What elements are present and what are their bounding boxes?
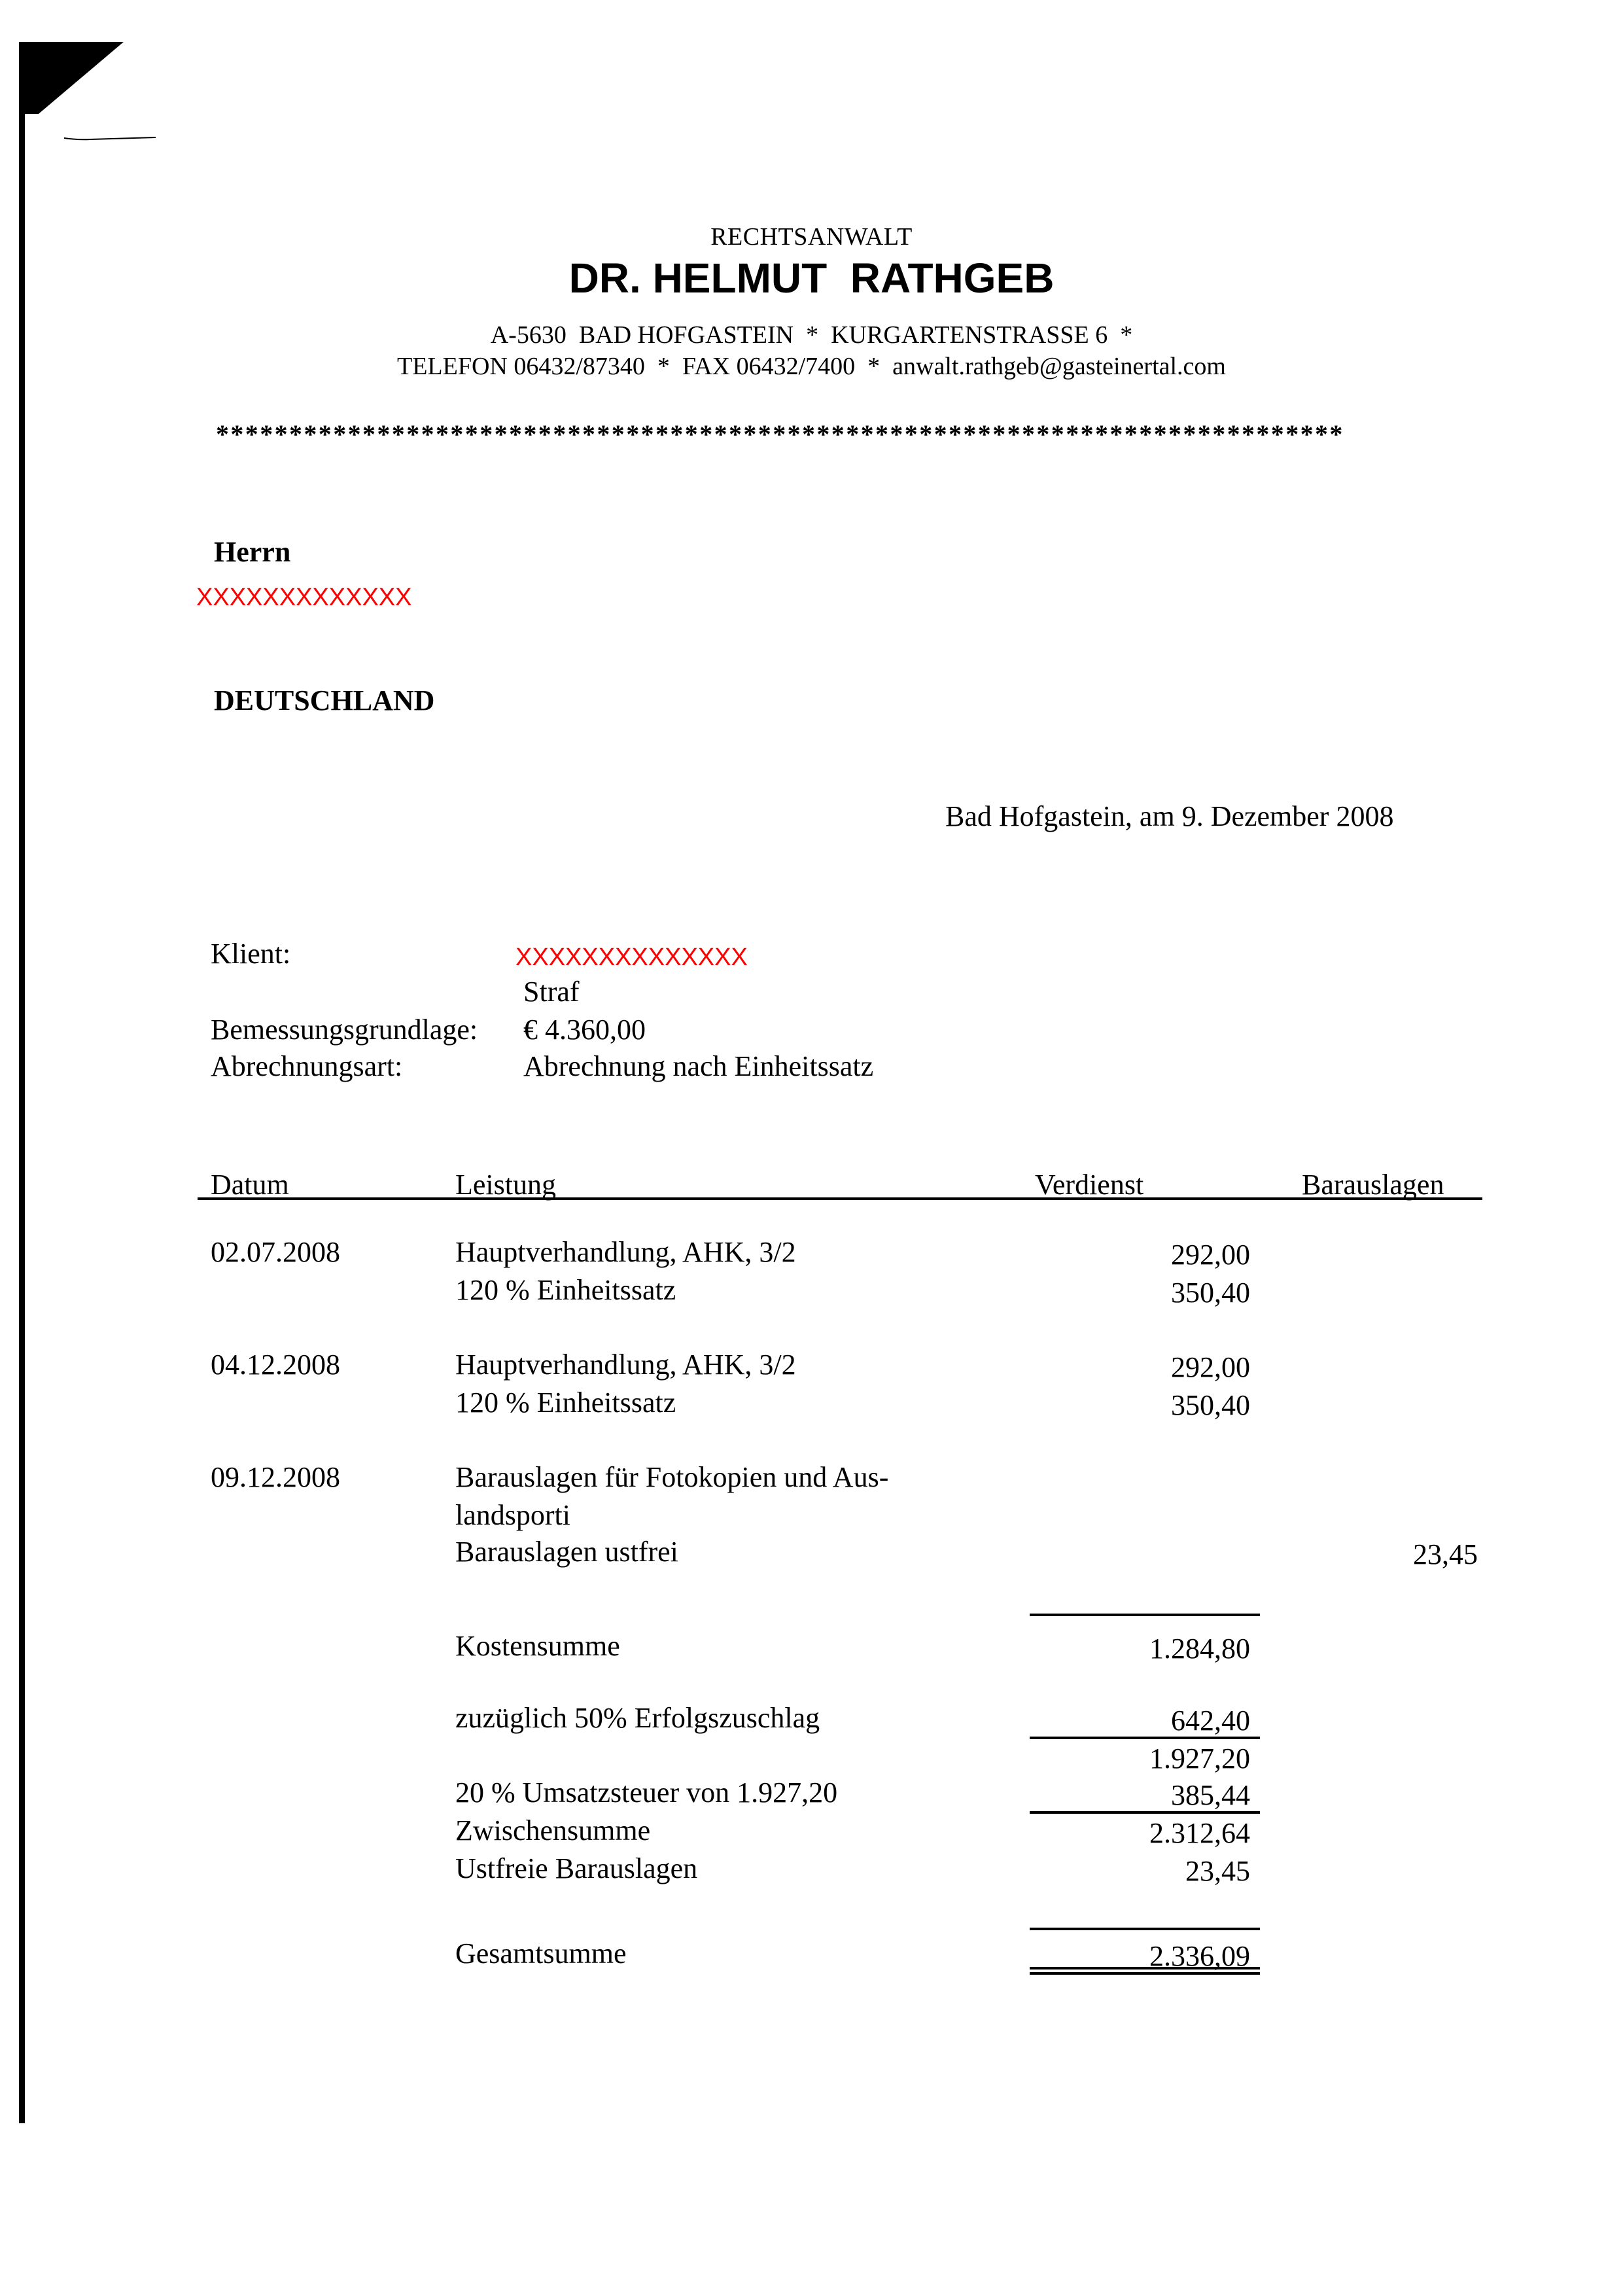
entry-date: 02.07.2008 <box>211 1235 340 1269</box>
column-header-expenses: Barauslagen <box>1302 1168 1444 1201</box>
entry-line-fee: 292,00 <box>1171 1351 1250 1384</box>
matter-type: Straf <box>523 975 580 1008</box>
client-value-redacted: XXXXXXXXXXXXXX <box>515 944 748 972</box>
intermediate-value: 2.312,64 <box>1149 1816 1250 1850</box>
billing-value: Abrechnung nach Einheitssatz <box>523 1050 873 1083</box>
cost-sum-label: Kostensumme <box>455 1629 620 1663</box>
letterhead-name: DR. HELMUT RATHGEB <box>0 254 1623 302</box>
recipient-name-redacted: XXXXXXXXXXXXX <box>196 584 412 612</box>
column-header-date: Datum <box>211 1168 289 1201</box>
subtotal-net-value: 1.927,20 <box>1149 1742 1250 1775</box>
place-date: Bad Hofgastein, am 9. Dezember 2008 <box>945 800 1393 833</box>
header-rule <box>198 1197 1482 1200</box>
entry-line-fee: 350,40 <box>1171 1388 1250 1422</box>
entry-line-text: 120 % Einheitssatz <box>455 1273 676 1307</box>
entry-line-text: Barauslagen ustfrei <box>455 1535 678 1568</box>
grand-total-label: Gesamtsumme <box>455 1937 627 1970</box>
letterhead-contact: TELEFON 06432/87340 * FAX 06432/7400 * a… <box>0 352 1623 381</box>
column-header-fee: Verdienst <box>1035 1168 1143 1201</box>
client-label: Klient: <box>211 937 290 970</box>
basis-value: € 4.360,00 <box>523 1013 646 1046</box>
entry-line-text: Barauslagen für Fotokopien und Aus- <box>455 1460 888 1494</box>
column-header-service: Leistung <box>455 1168 556 1201</box>
letterhead-address: A-5630 BAD HOFGASTEIN * KURGARTENSTRASSE… <box>0 321 1623 349</box>
entry-line-text: landsporti <box>455 1498 570 1532</box>
exempt-expenses-value: 23,45 <box>1185 1854 1250 1888</box>
entry-date: 09.12.2008 <box>211 1460 340 1494</box>
sum-rule <box>1030 1811 1260 1814</box>
entry-line-fee: 292,00 <box>1171 1238 1250 1271</box>
basis-label: Bemessungsgrundlage: <box>211 1013 478 1046</box>
sum-rule <box>1030 1928 1260 1930</box>
entry-line-fee: 350,40 <box>1171 1276 1250 1309</box>
billing-label: Abrechnungsart: <box>211 1050 402 1083</box>
entry-line-text: Hauptverhandlung, AHK, 3/2 <box>455 1348 796 1381</box>
exempt-expenses-label: Ustfreie Barauslagen <box>455 1852 697 1885</box>
sum-rule <box>1030 1737 1260 1739</box>
pen-stroke-mark <box>64 137 156 141</box>
letterhead-profession: RECHTSANWALT <box>0 222 1623 251</box>
recipient-salutation: Herrn <box>214 535 290 569</box>
cost-sum-value: 1.284,80 <box>1149 1632 1250 1665</box>
vat-label: 20 % Umsatzsteuer von 1.927,20 <box>455 1776 837 1809</box>
grand-total-double-rule-bottom <box>1030 1972 1260 1975</box>
entry-line-expense: 23,45 <box>1413 1538 1478 1571</box>
sum-rule <box>1030 1614 1260 1616</box>
success-fee-label: zuzüglich 50% Erfolgszuschlag <box>455 1701 820 1735</box>
grand-total-double-rule-top <box>1030 1967 1260 1969</box>
entry-date: 04.12.2008 <box>211 1348 340 1381</box>
recipient-country: DEUTSCHLAND <box>214 684 434 717</box>
entry-line-text: 120 % Einheitssatz <box>455 1386 676 1419</box>
vat-value: 385,44 <box>1171 1778 1250 1812</box>
success-fee-value: 642,40 <box>1171 1704 1250 1737</box>
entry-line-text: Hauptverhandlung, AHK, 3/2 <box>455 1235 796 1269</box>
intermediate-label: Zwischensumme <box>455 1814 650 1847</box>
letterhead-divider: ****************************************… <box>216 419 1344 450</box>
folded-corner-mark <box>19 42 124 114</box>
